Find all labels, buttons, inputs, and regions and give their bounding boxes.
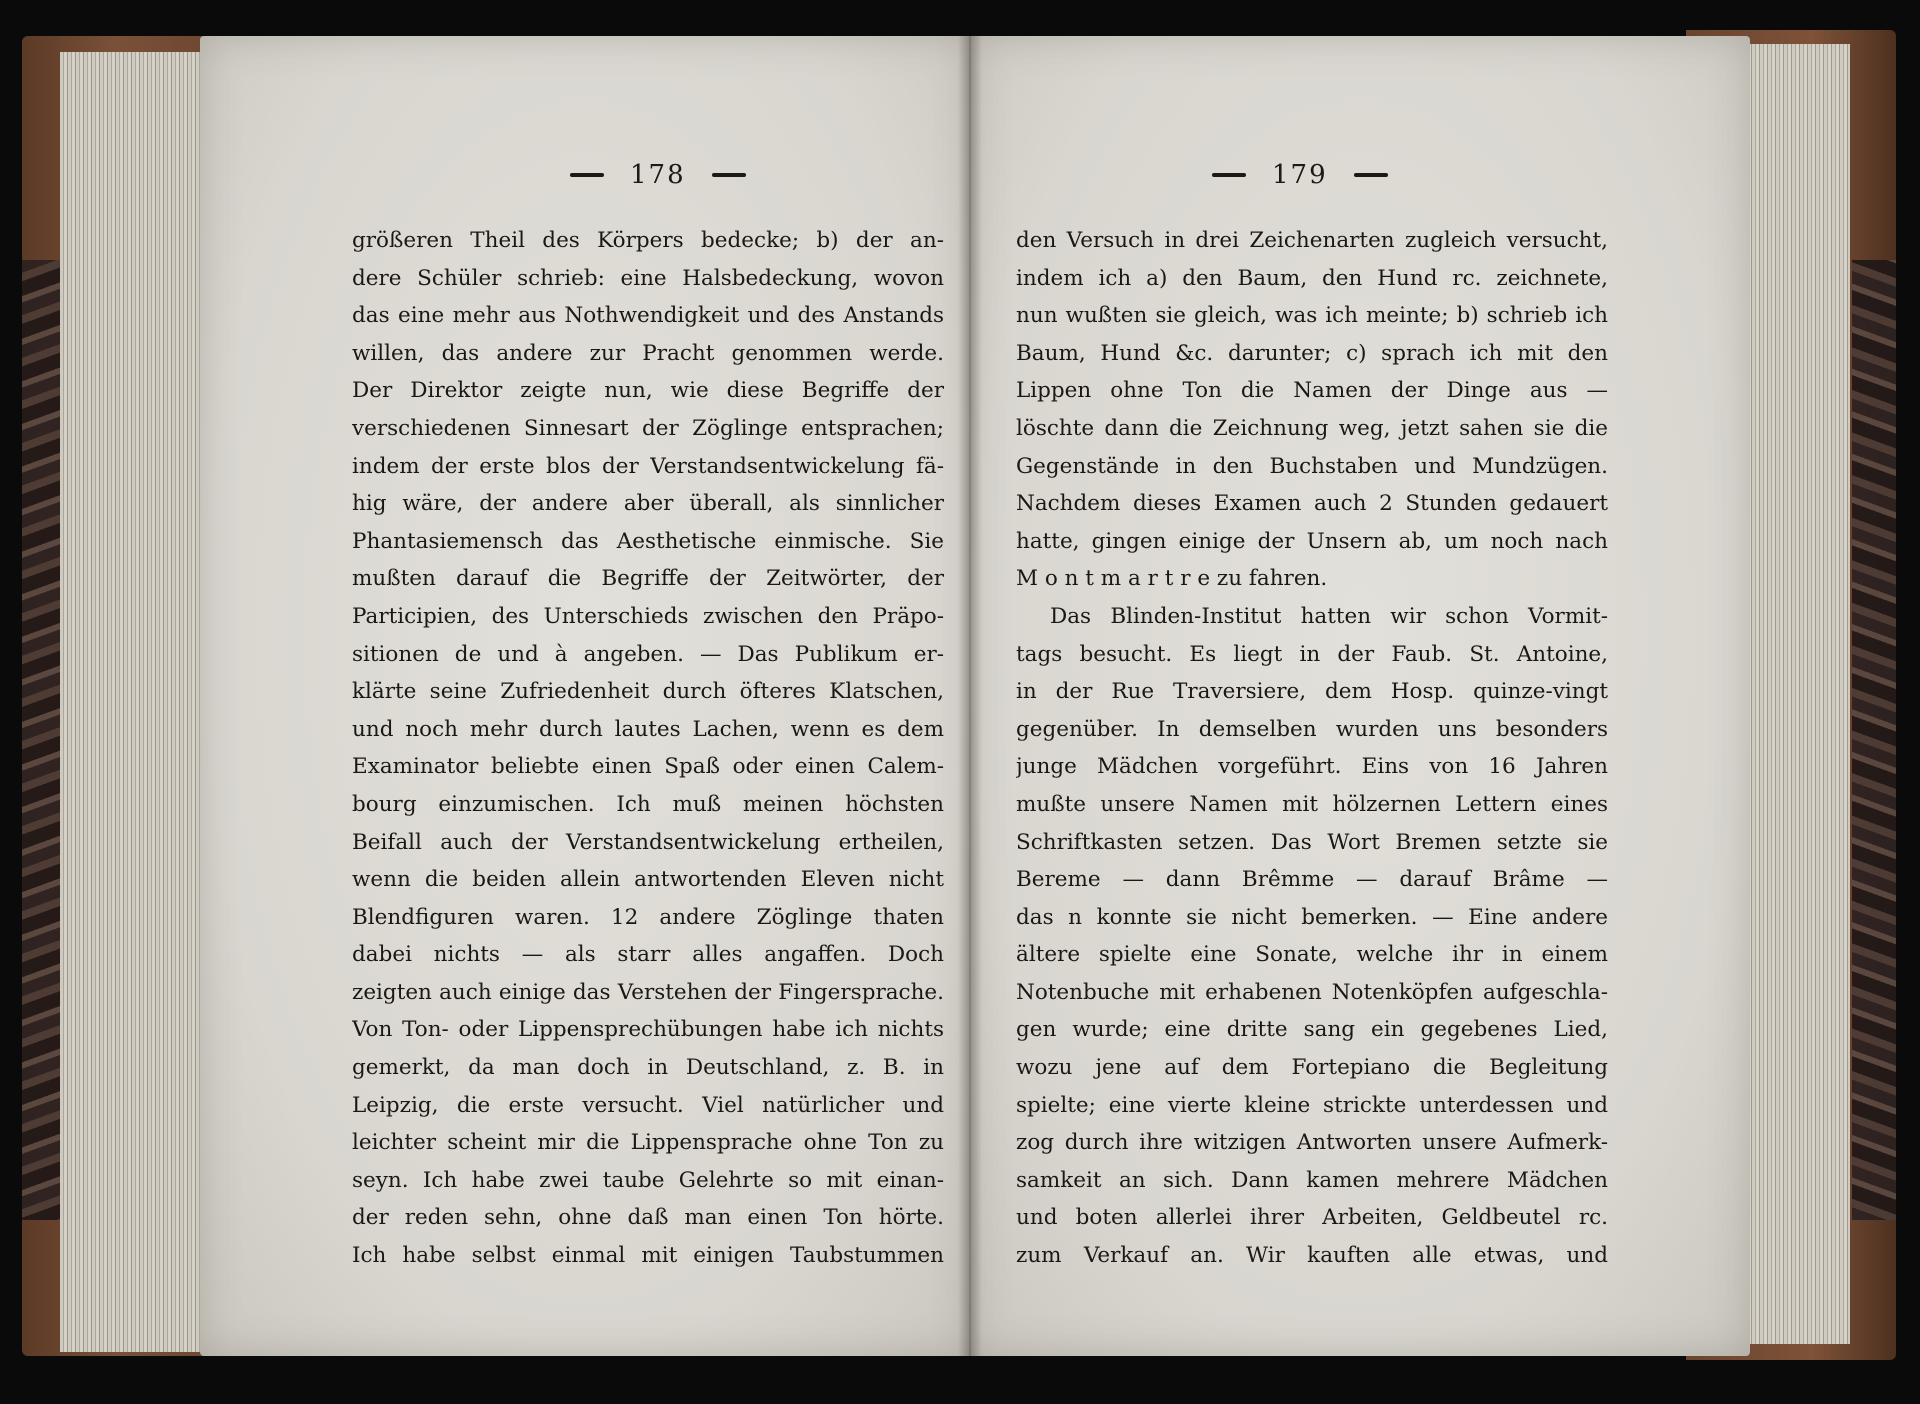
text-line: der reden sehn, ohne daß man einen Ton h… xyxy=(352,1199,944,1237)
text-line: nun wußten sie gleich, was ich meinte; b… xyxy=(1016,297,1608,335)
text-line: hig wäre, der andere aber überall, als s… xyxy=(352,485,944,523)
text-line: bourg einzumischen. Ich muß meinen höchs… xyxy=(352,786,944,824)
text-line: größeren Theil des Körpers bedecke; b) d… xyxy=(352,222,944,260)
text-line: zog durch ihre witzigen Antworten unsere… xyxy=(1016,1124,1608,1162)
right-page-text: den Versuch in drei Zeichenarten zugleic… xyxy=(1016,222,1608,1275)
text-line: Schriftkasten setzen. Das Wort Bremen se… xyxy=(1016,824,1608,862)
marbled-board-right xyxy=(1852,260,1896,1220)
text-line: löschte dann die Zeichnung weg, jetzt sa… xyxy=(1016,410,1608,448)
text-line: spielte; eine vierte kleine strickte unt… xyxy=(1016,1087,1608,1125)
text-line: junge Mädchen vorgeführt. Eins von 16 Ja… xyxy=(1016,748,1608,786)
page-number-right: 179 xyxy=(1212,160,1388,190)
text-line: Participien, des Unterschieds zwischen d… xyxy=(352,598,944,636)
text-line: willen, das andere zur Pracht genommen w… xyxy=(352,335,944,373)
text-line: Notenbuche mit erhabenen Notenköpfen auf… xyxy=(1016,974,1608,1012)
text-line: Lippen ohne Ton die Namen der Dinge aus … xyxy=(1016,372,1608,410)
text-line: mußten darauf die Begriffe der Zeitwörte… xyxy=(352,560,944,598)
text-line: dere Schüler schrieb: eine Halsbedeckung… xyxy=(352,260,944,298)
page-number: 178 xyxy=(630,160,686,190)
text-line: mußte unsere Namen mit hölzernen Lettern… xyxy=(1016,786,1608,824)
text-line: indem ich a) den Baum, den Hund rc. zeic… xyxy=(1016,260,1608,298)
text-line: das n konnte sie nicht bemerken. — Eine … xyxy=(1016,899,1608,937)
text-line: Ich habe selbst einmal mit einigen Taubs… xyxy=(352,1237,944,1275)
text-line: Examinator beliebte einen Spaß oder eine… xyxy=(352,748,944,786)
text-line: das eine mehr aus Nothwendigkeit und des… xyxy=(352,297,944,335)
text-line: leichter scheint mir die Lippensprache o… xyxy=(352,1124,944,1162)
text-line: gegenüber. In demselben wurden uns beson… xyxy=(1016,711,1608,749)
text-line: Gegenstände in den Buchstaben und Mundzü… xyxy=(1016,448,1608,486)
text-line: verschiedenen Sinnesart der Zöglinge ent… xyxy=(352,410,944,448)
left-page-text: größeren Theil des Körpers bedecke; b) d… xyxy=(352,222,944,1275)
text-line: M o n t m a r t r e zu fahren. xyxy=(1016,560,1608,598)
text-line: in der Rue Traversiere, dem Hosp. quinze… xyxy=(1016,673,1608,711)
folio-dash xyxy=(1212,173,1246,177)
text-line: Leipzig, die erste versucht. Viel natürl… xyxy=(352,1087,944,1125)
text-line: Beifall auch der Verstandsentwickelung e… xyxy=(352,824,944,862)
page-number-left: 178 xyxy=(570,160,746,190)
text-line: wozu jene auf dem Fortepiano die Begleit… xyxy=(1016,1049,1608,1087)
text-line: seyn. Ich habe zwei taube Gelehrte so mi… xyxy=(352,1162,944,1200)
text-line: klärte seine Zufriedenheit durch öfteres… xyxy=(352,673,944,711)
folio-dash xyxy=(1354,173,1388,177)
text-line: Blendfiguren waren. 12 andere Zöglinge t… xyxy=(352,899,944,937)
text-line: Baum, Hund &c. darunter; c) sprach ich m… xyxy=(1016,335,1608,373)
text-line: sitionen de und à angeben. — Das Publiku… xyxy=(352,636,944,674)
page-number: 179 xyxy=(1272,160,1328,190)
text-line: Bereme — dann Brêmme — darauf Brâme — xyxy=(1016,861,1608,899)
text-line: Phantasiemensch das Aesthetische einmisc… xyxy=(352,523,944,561)
text-line: und boten allerlei ihrer Arbeiten, Geldb… xyxy=(1016,1199,1608,1237)
text-line: ältere spielte eine Sonate, welche ihr i… xyxy=(1016,936,1608,974)
text-line: Nachdem dieses Examen auch 2 Stunden ged… xyxy=(1016,485,1608,523)
text-line: Das Blinden-Institut hatten wir schon Vo… xyxy=(1016,598,1608,636)
book-gutter xyxy=(958,36,982,1356)
text-line: den Versuch in drei Zeichenarten zugleic… xyxy=(1016,222,1608,260)
text-line: zum Verkauf an. Wir kauften alle etwas, … xyxy=(1016,1237,1608,1275)
text-line: Der Direktor zeigte nun, wie diese Begri… xyxy=(352,372,944,410)
text-line: tags besucht. Es liegt in der Faub. St. … xyxy=(1016,636,1608,674)
text-line: gemerkt, da man doch in Deutschland, z. … xyxy=(352,1049,944,1087)
text-line: dabei nichts — als starr alles angaffen.… xyxy=(352,936,944,974)
folio-dash xyxy=(570,173,604,177)
marbled-board-left xyxy=(22,260,62,1220)
text-line: samkeit an sich. Dann kamen mehrere Mädc… xyxy=(1016,1162,1608,1200)
text-line: hatte, gingen einige der Unsern ab, um n… xyxy=(1016,523,1608,561)
text-line: indem der erste blos der Verstandsentwic… xyxy=(352,448,944,486)
text-line: Von Ton- oder Lippensprechübungen habe i… xyxy=(352,1011,944,1049)
text-line: gen wurde; eine dritte sang ein gegebene… xyxy=(1016,1011,1608,1049)
text-line: zeigten auch einige das Verstehen der Fi… xyxy=(352,974,944,1012)
folio-dash xyxy=(712,173,746,177)
text-line: wenn die beiden allein antwortenden Elev… xyxy=(352,861,944,899)
text-line: und noch mehr durch lautes Lachen, wenn … xyxy=(352,711,944,749)
